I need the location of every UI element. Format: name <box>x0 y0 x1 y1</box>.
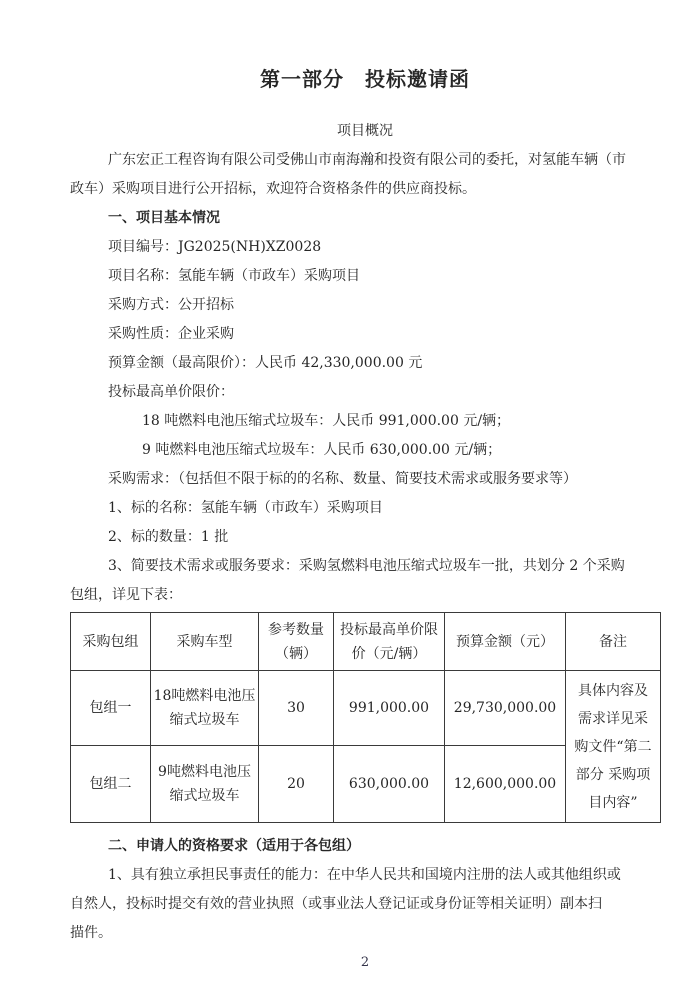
document-title: 第一部分 投标邀请函 <box>70 66 660 92</box>
intro-line: 广东宏正工程咨询有限公司受佛山市南海瀚和投资有限公司的委托，对氢能车辆（市 <box>70 146 660 175</box>
demand-line: 采购需求：（包括但不限于标的的名称、数量、简要技术需求或服务要求等） <box>70 465 660 494</box>
price-limit-line: 9 吨燃料电池压缩式垃圾车：人民币 630,000.00 元/辆； <box>70 436 660 465</box>
cell-budget: 12,600,000.00 <box>445 746 566 823</box>
package-table: 采购包组 采购车型 参考数量（辆） 投标最高单价限价（元/辆） 预算金额（元） … <box>70 612 661 823</box>
section2-heading: 二、申请人的资格要求（适用于各包组） <box>70 832 660 861</box>
price-limit-line: 18 吨燃料电池压缩式垃圾车：人民币 991,000.00 元/辆； <box>70 407 660 436</box>
header-cell-vehicle: 采购车型 <box>151 613 259 671</box>
intro-line: 政车）采购项目进行公开招标，欢迎符合资格条件的供应商投标。 <box>70 175 660 204</box>
procurement-method-line: 采购方式：公开招标 <box>70 291 660 320</box>
cell-max-unit-price: 991,000.00 <box>334 671 445 746</box>
cell-qty: 30 <box>259 671 334 746</box>
procurement-nature-line: 采购性质：企业采购 <box>70 320 660 349</box>
qualification-line: 自然人，投标时提交有效的营业执照（或事业法人登记证或身份证等相关证明）副本扫 <box>70 890 660 919</box>
page-number: 2 <box>70 955 660 971</box>
header-cell-group: 采购包组 <box>71 613 151 671</box>
demand-line: 包组，详见下表： <box>70 581 660 610</box>
section1-heading: 一、项目基本情况 <box>70 204 660 233</box>
header-cell-qty: 参考数量（辆） <box>259 613 334 671</box>
document-page: 第一部分 投标邀请函 项目概况 广东宏正工程咨询有限公司受佛山市南海瀚和投资有限… <box>0 0 697 986</box>
cell-group: 包组一 <box>71 671 151 746</box>
qualification-line: 描件。 <box>70 919 660 948</box>
demand-line: 2、标的数量：1 批 <box>70 523 660 552</box>
cell-max-unit-price: 630,000.00 <box>334 746 445 823</box>
header-cell-max-unit-price: 投标最高单价限价（元/辆） <box>334 613 445 671</box>
max-unit-price-label-line: 投标最高单价限价： <box>70 378 660 407</box>
table-row: 包组一 18吨燃料电池压缩式垃圾车 30 991,000.00 29,730,0… <box>71 671 661 746</box>
cell-vehicle: 18吨燃料电池压缩式垃圾车 <box>151 671 259 746</box>
header-cell-budget: 预算金额（元） <box>445 613 566 671</box>
overview-heading: 项目概况 <box>70 117 660 146</box>
cell-qty: 20 <box>259 746 334 823</box>
table-header-row: 采购包组 采购车型 参考数量（辆） 投标最高单价限价（元/辆） 预算金额（元） … <box>71 613 661 671</box>
project-number-line: 项目编号：JG2025(NH)XZ0028 <box>70 233 660 262</box>
cell-group: 包组二 <box>71 746 151 823</box>
cell-remark: 具体内容及 需求详见采 购文件“第二 部分 采购项 目内容” <box>566 671 661 823</box>
demand-line: 3、简要技术需求或服务要求：采购氢燃料电池压缩式垃圾车一批，共划分 2 个采购 <box>70 552 660 581</box>
project-name-line: 项目名称：氢能车辆（市政车）采购项目 <box>70 262 660 291</box>
cell-vehicle: 9吨燃料电池压缩式垃圾车 <box>151 746 259 823</box>
qualification-line: 1、具有独立承担民事责任的能力：在中华人民共和国境内注册的法人或其他组织或 <box>70 861 660 890</box>
cell-budget: 29,730,000.00 <box>445 671 566 746</box>
demand-line: 1、标的名称：氢能车辆（市政车）采购项目 <box>70 494 660 523</box>
budget-amount-line: 预算金额（最高限价）：人民币 42,330,000.00 元 <box>70 349 660 378</box>
header-cell-remark: 备注 <box>566 613 661 671</box>
